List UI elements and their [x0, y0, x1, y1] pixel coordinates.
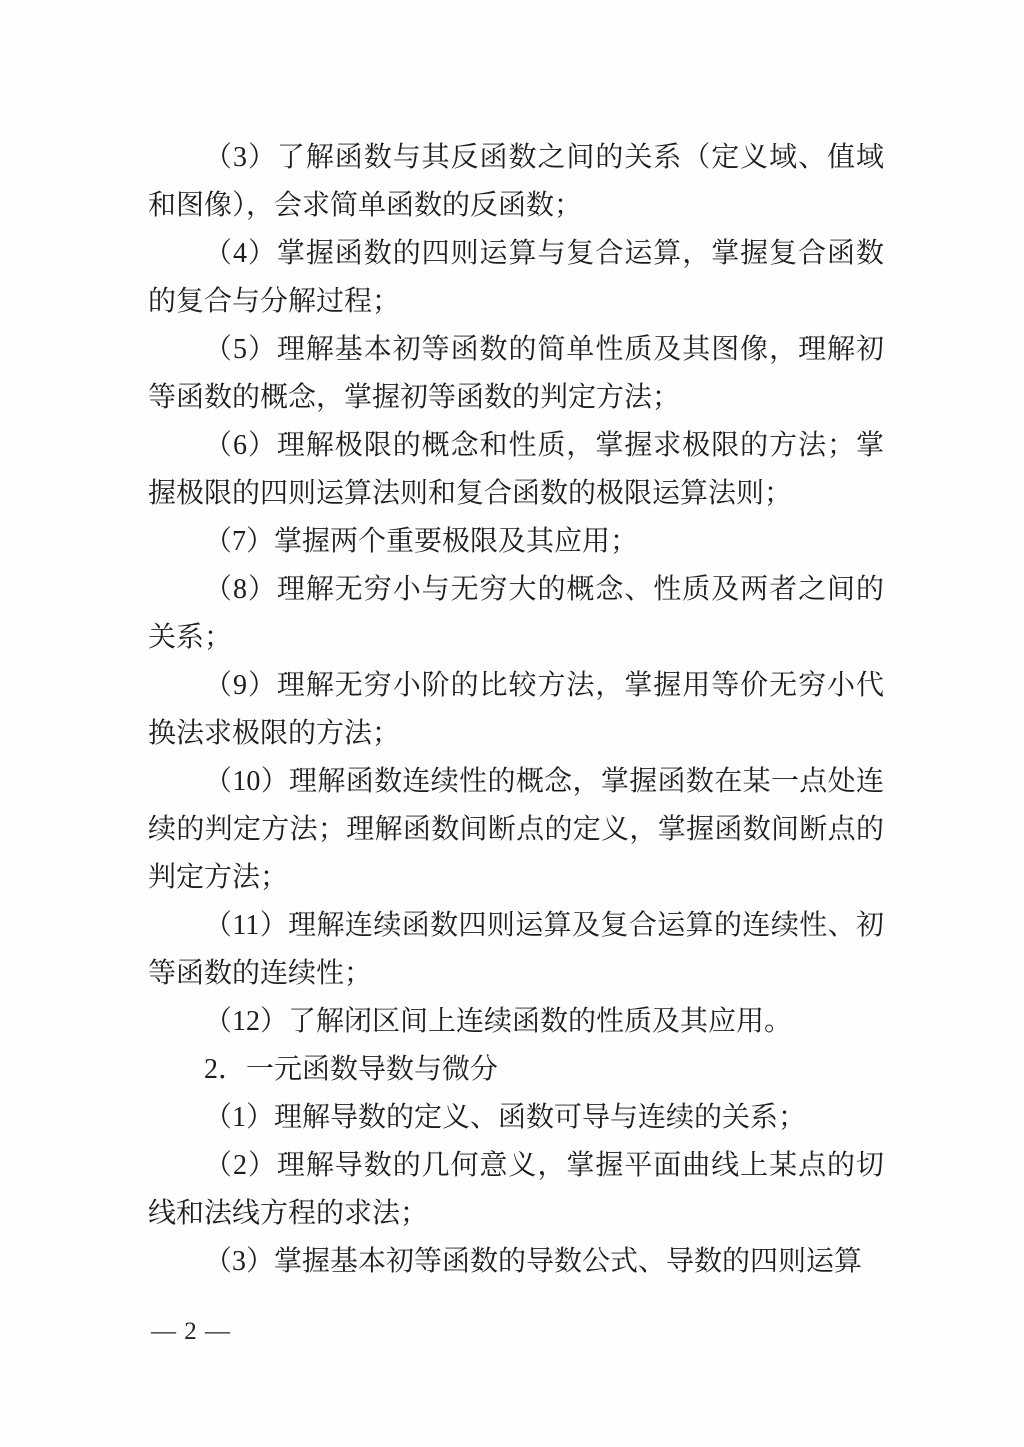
document-paragraph: （3）了解函数与其反函数之间的关系（定义域、值域和图像），会求简单函数的反函数；: [148, 134, 884, 230]
document-paragraph: （1）理解导数的定义、函数可导与连续的关系；: [148, 1094, 884, 1142]
document-paragraph: （4）掌握函数的四则运算与复合运算，掌握复合函数的复合与分解过程；: [148, 230, 884, 326]
page-number: — 2 —: [151, 1310, 231, 1354]
document-paragraph: （12）了解闭区间上连续函数的性质及其应用。: [148, 998, 884, 1046]
document-paragraph: （5）理解基本初等函数的简单性质及其图像，理解初等函数的概念，掌握初等函数的判定…: [148, 326, 884, 422]
document-page: （3）了解函数与其反函数之间的关系（定义域、值域和图像），会求简单函数的反函数；…: [0, 0, 1024, 1447]
document-paragraph: （2）理解导数的几何意义，掌握平面曲线上某点的切线和法线方程的求法；: [148, 1142, 884, 1238]
document-paragraph: （11）理解连续函数四则运算及复合运算的连续性、初等函数的连续性；: [148, 902, 884, 998]
document-paragraph: （9）理解无穷小阶的比较方法，掌握用等价无穷小代换法求极限的方法；: [148, 662, 884, 758]
document-paragraph: （10）理解函数连续性的概念，掌握函数在某一点处连续的判定方法；理解函数间断点的…: [148, 758, 884, 902]
document-paragraph: （7）掌握两个重要极限及其应用；: [148, 518, 884, 566]
document-body: （3）了解函数与其反函数之间的关系（定义域、值域和图像），会求简单函数的反函数；…: [148, 134, 884, 1286]
section-heading: 2．一元函数导数与微分: [148, 1046, 884, 1094]
document-paragraph: （6）理解极限的概念和性质，掌握求极限的方法；掌握极限的四则运算法则和复合函数的…: [148, 422, 884, 518]
document-paragraph: （8）理解无穷小与无穷大的概念、性质及两者之间的关系；: [148, 566, 884, 662]
document-paragraph: （3）掌握基本初等函数的导数公式、导数的四则运算: [148, 1238, 884, 1286]
